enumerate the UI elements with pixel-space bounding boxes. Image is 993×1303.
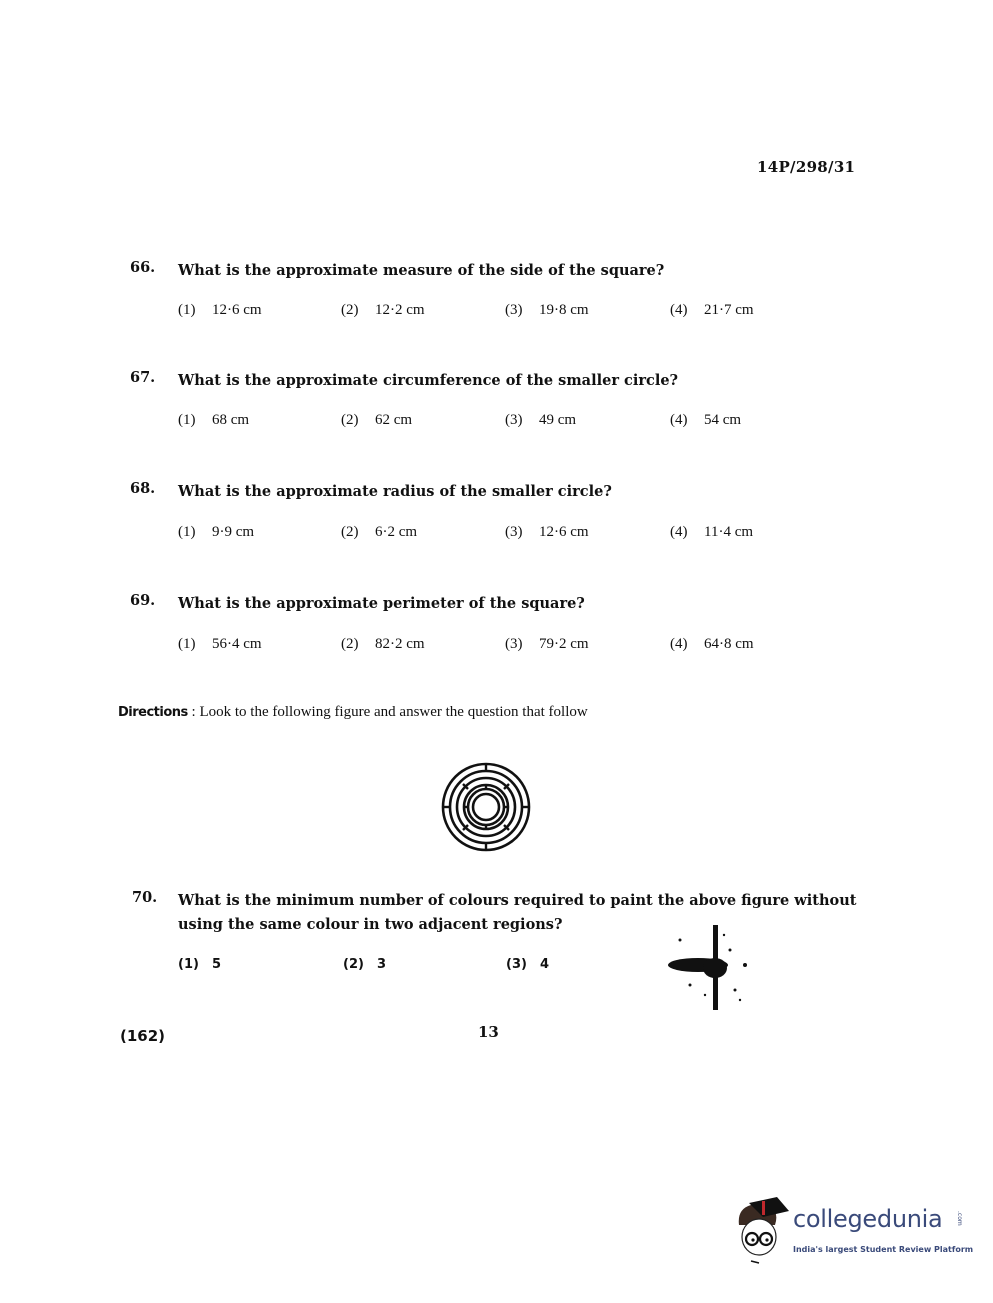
collegedunia-logo: collegedunia .com India's largest Studen… [735,1195,975,1270]
option-4: (4)21·7 cm [670,302,754,319]
option-2: (2)62 cm [341,412,412,429]
page-number: 13 [478,1023,499,1041]
option-3: (3)4 [506,957,549,972]
option-2: (2)12·2 cm [341,302,425,319]
directions-heading: Directions [118,705,188,720]
ink-smudge [660,920,755,1015]
brand-tagline: India's largest Student Review Platform [793,1245,973,1254]
option-1: (1)12·6 cm [178,302,262,319]
option-3: (3)79·2 cm [505,636,589,653]
option-1: (1)5 [178,957,221,972]
directions-text: Look to the following figure and answer … [199,704,587,720]
option-2: (2)6·2 cm [341,524,417,541]
option-2: (2)3 [343,957,386,972]
option-4: (4)54 cm [670,412,741,429]
brand-name: collegedunia [793,1205,942,1233]
question-number: 68. [130,480,155,497]
directions-separator: : [188,704,200,720]
concentric-rings-figure-icon [440,761,532,853]
option-1: (1)68 cm [178,412,249,429]
question-text: What is the approximate perimeter of the… [178,592,868,616]
option-3: (3)19·8 cm [505,302,589,319]
question-number: 66. [130,259,155,276]
option-1: (1)56·4 cm [178,636,262,653]
option-4: (4)64·8 cm [670,636,754,653]
footer-code: (162) [120,1027,165,1045]
option-3: (3)12·6 cm [505,524,589,541]
question-text: What is the minimum number of colours re… [178,889,868,937]
question-number: 67. [130,369,155,386]
brand-domain: .com [956,1211,963,1226]
paper-code: 14P/298/31 [757,158,855,176]
question-number: 69. [130,592,155,609]
student-mascot-icon [735,1195,793,1267]
directions: Directions : Look to the following figur… [118,704,588,721]
option-1: (1)9·9 cm [178,524,254,541]
option-2: (2)82·2 cm [341,636,425,653]
question-number: 70. [132,889,157,906]
option-3: (3)49 cm [505,412,576,429]
question-text: What is the approximate measure of the s… [178,259,868,283]
option-4: (4)11·4 cm [670,524,753,541]
question-text: What is the approximate circumference of… [178,369,868,393]
question-text: What is the approximate radius of the sm… [178,480,868,504]
